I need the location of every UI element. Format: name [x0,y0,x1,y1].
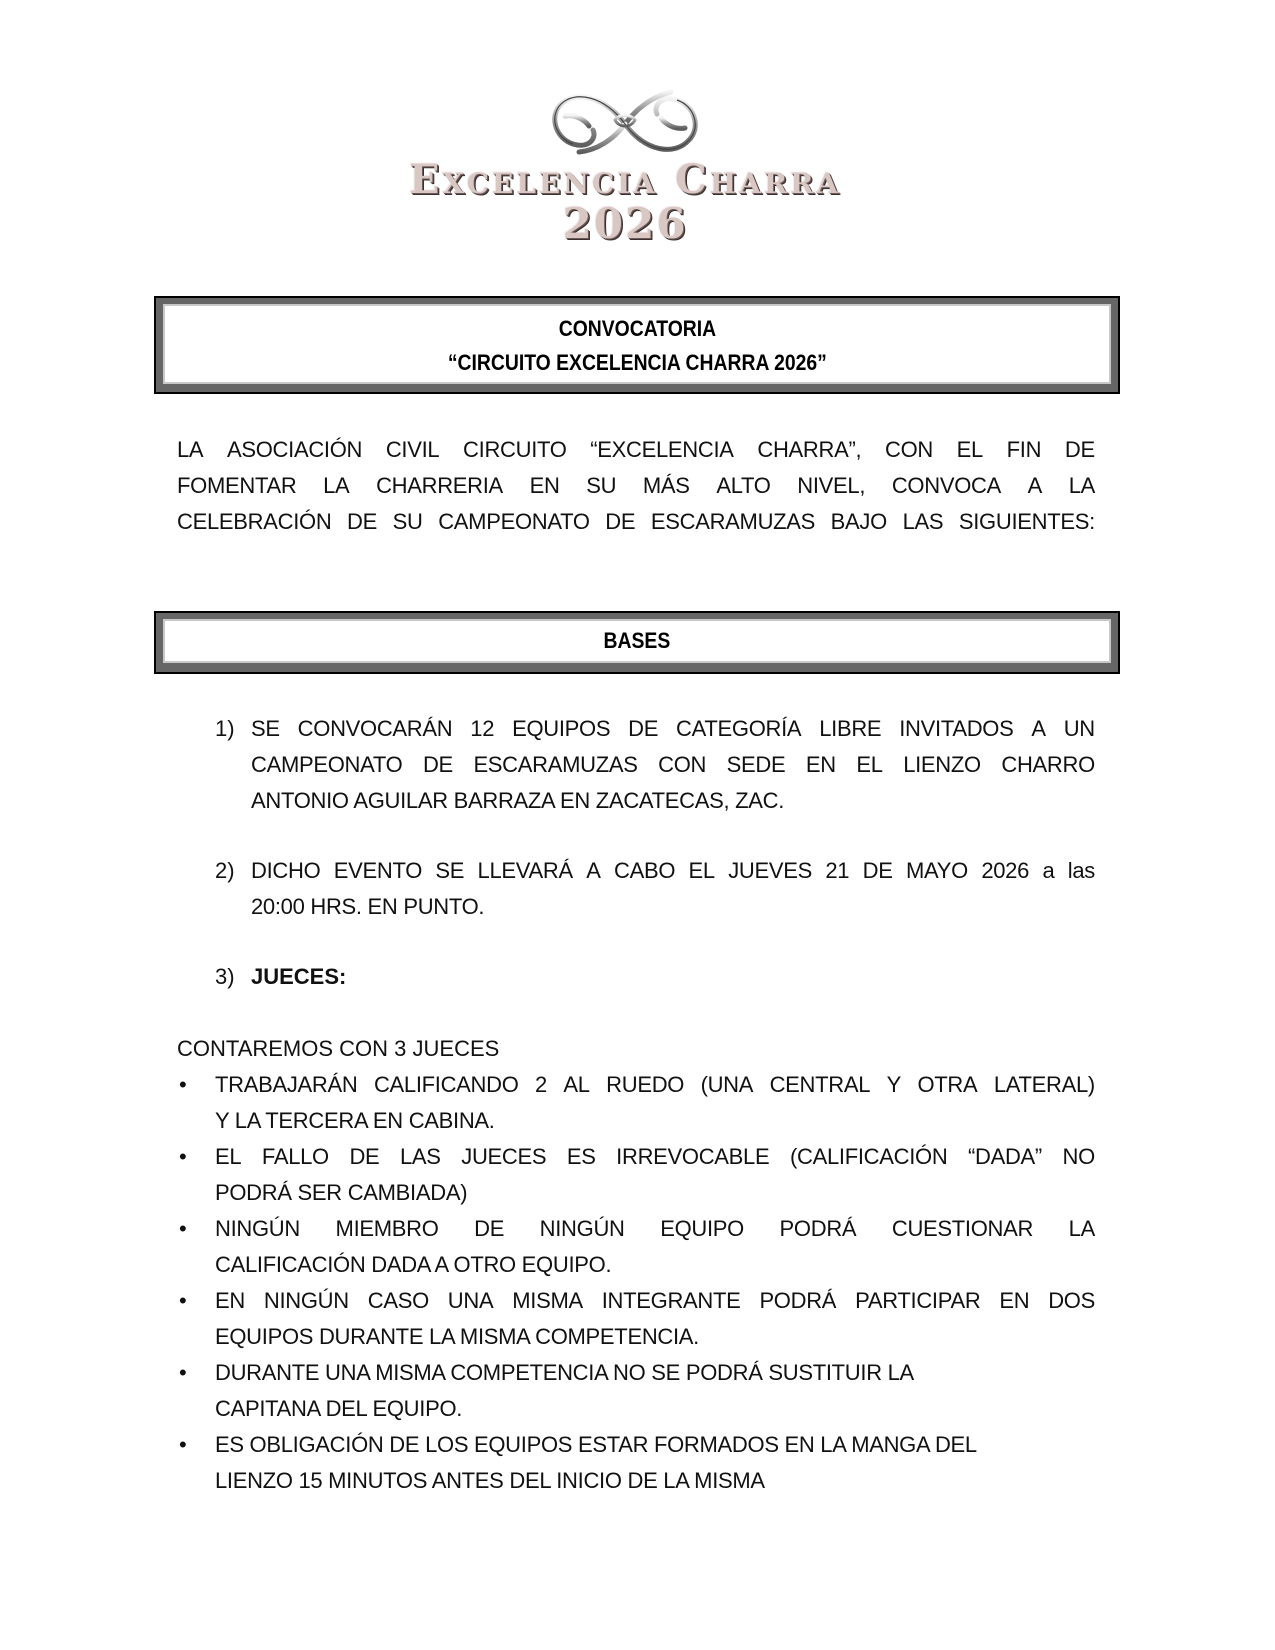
rule-text: ELFALLODELASJUECESESIRREVOCABLE(CALIFICA… [215,1139,1095,1211]
word: IRREVOCABLE [616,1139,769,1175]
word: EQUIPOS [512,711,610,747]
word: EVENTO [334,853,422,889]
word: EL [856,747,882,783]
word: PARTICIPAR [855,1283,980,1319]
rule-text: TRABAJARÁNCALIFICANDO2ALRUEDO(UNACENTRAL… [215,1067,1095,1139]
text-line: PODRÁ SER CAMBIADA) [215,1175,1095,1211]
word: las [1068,853,1095,889]
word: CONVOCA [892,468,1001,504]
word: ESCARAMUZAS [651,504,815,540]
word: INTEGRANTE [602,1283,741,1319]
word: FIN [1007,432,1042,468]
text-line: DICHOEVENTOSELLEVARÁACABOELJUEVES21DEMAY… [251,853,1095,889]
word: ASOCIACIÓN [227,432,362,468]
word: CIVIL [386,432,440,468]
word: MAYO [906,853,968,889]
bullet-icon: • [179,1283,209,1319]
word: “DADA” [968,1139,1042,1175]
ornamental-infinity-emblem-icon [545,86,705,158]
bullet-icon: • [179,1139,209,1175]
word: LLEVARÁ [478,853,573,889]
word: DE [349,1139,379,1175]
word: FOMENTAR [177,468,296,504]
item-number: 3) [215,959,251,995]
word: AL [563,1067,589,1103]
word: SIGUIENTES: [959,504,1095,540]
convocatoria-heading: CONVOCATORIA [558,312,715,346]
word: LAS [903,504,944,540]
word: PODRÁ [759,1283,836,1319]
word: CIRCUITO [463,432,567,468]
word: DE [628,711,658,747]
document-page: Excelencia Charra 2026 CONVOCATORIA “CIR… [0,0,1275,1650]
rule-text: NINGÚNMIEMBRODENINGÚNEQUIPOPODRÁCUESTION… [215,1211,1095,1283]
word: CASO [368,1283,429,1319]
word: DE [1065,432,1095,468]
word: CALIFICANDO [374,1067,519,1103]
word: 21 [825,853,849,889]
word: 12 [470,711,494,747]
item-text: DICHOEVENTOSELLEVARÁACABOELJUEVES21DEMAY… [251,853,1095,925]
bullet-icon: • [179,1211,209,1247]
word: LA [1069,1211,1095,1247]
text-line: CELEBRACIÓNDESUCAMPEONATODEESCARAMUZASBA… [177,504,1095,540]
word: CAMPEONATO [438,504,589,540]
excelencia-charra-logo: Excelencia Charra 2026 [330,86,920,246]
word: CATEGORÍA [676,711,801,747]
text-line: CAMPEONATODEESCARAMUZASCONSEDEENELLIENZO… [251,747,1095,783]
item-text: SECONVOCARÁN12EQUIPOSDECATEGORÍALIBREINV… [251,711,1095,819]
word: ESCARAMUZAS [473,747,637,783]
word: NINGÚN [215,1211,300,1247]
word: EN [530,468,560,504]
word: INVITADOS [899,711,1013,747]
bases-header-box: BASES [154,611,1120,674]
word: DE [474,1211,504,1247]
word: MIEMBRO [336,1211,439,1247]
text-line: NINGÚNMIEMBRODENINGÚNEQUIPOPODRÁCUESTION… [215,1211,1095,1247]
text-line: Y LA TERCERA EN CABINA. [215,1103,1095,1139]
text-line: FOMENTARLACHARRERIAENSUMÁSALTONIVEL,CONV… [177,468,1095,504]
word: EN [215,1283,245,1319]
word: CONVOCARÁN [298,711,453,747]
word: DE [863,853,893,889]
word: JUECES [461,1139,546,1175]
word: SEDE [727,747,786,783]
text-line: TRABAJARÁNCALIFICANDO2ALRUEDO(UNACENTRAL… [215,1067,1095,1103]
bullet-icon: • [179,1427,209,1463]
logo-year: 2026 [330,202,920,246]
word: EN [806,747,836,783]
text-line: ELFALLODELASJUECESESIRREVOCABLE(CALIFICA… [215,1139,1095,1175]
word: (CALIFICACIÓN [790,1139,947,1175]
text-line: ES OBLIGACIÓN DE LOS EQUIPOS ESTAR FORMA… [215,1427,1095,1463]
bullet-icon: • [179,1067,209,1103]
word: EL [689,853,715,889]
word: ALTO [716,468,770,504]
word: A [586,853,600,889]
intro-paragraph: LAASOCIACIÓNCIVILCIRCUITO“EXCELENCIACHAR… [177,432,1095,540]
word: LAS [400,1139,441,1175]
word: CHARRERIA [376,468,503,504]
text-line: DURANTE UNA MISMA COMPETENCIA NO SE PODR… [215,1355,1095,1391]
word: CHARRA”, [757,432,861,468]
word: SU [393,504,423,540]
word: EQUIPO [660,1211,744,1247]
word: a [1042,853,1054,889]
text-line: CALIFICACIÓN DADA A OTRO EQUIPO. [215,1247,1095,1283]
word: DE [347,504,377,540]
word: A [1031,711,1045,747]
item-number: 2) [215,853,251,889]
word: LA [1069,468,1095,504]
word: A [1028,468,1042,504]
word: CENTRAL [770,1067,871,1103]
rule-text: ES OBLIGACIÓN DE LOS EQUIPOS ESTAR FORMA… [215,1427,1095,1499]
word: 2026 [981,853,1029,889]
word: CON [885,432,933,468]
logo-title: Excelencia Charra [330,158,920,202]
word: CAMPEONATO [251,747,402,783]
word: SU [586,468,616,504]
word: NIVEL, [797,468,865,504]
word: LA [323,468,349,504]
word: RUEDO [606,1067,684,1103]
text-line: 20:00 HRS. EN PUNTO. [251,889,1095,925]
text-line: CAPITANA DEL EQUIPO. [215,1391,1095,1427]
word: TRABAJARÁN [215,1067,357,1103]
bases-heading: BASES [604,621,671,661]
word: LA [177,432,203,468]
word: LIENZO [903,747,981,783]
text-line: LIENZO 15 MINUTOS ANTES DEL INICIO DE LA… [215,1463,1095,1499]
word: CELEBRACIÓN [177,504,331,540]
text-line: ANTONIO AGUILAR BARRAZA EN ZACATECAS, ZA… [251,783,1095,819]
text-line: ENNINGÚNCASOUNAMISMAINTEGRANTEPODRÁPARTI… [215,1283,1095,1319]
word: MÁS [643,468,690,504]
word: SE [435,853,464,889]
word: DICHO [251,853,320,889]
word: UNA [448,1283,494,1319]
text-line: SECONVOCARÁN12EQUIPOSDECATEGORÍALIBREINV… [251,711,1095,747]
item-number: 1) [215,711,251,747]
word: CABO [614,853,675,889]
word: DOS [1048,1283,1095,1319]
word: PODRÁ [780,1211,857,1247]
text-line: LAASOCIACIÓNCIVILCIRCUITO“EXCELENCIACHAR… [177,432,1095,468]
word: CUESTIONAR [892,1211,1033,1247]
word: BAJO [831,504,887,540]
word: EL [215,1139,241,1175]
word: UN [1064,711,1095,747]
word: (UNA [701,1067,754,1103]
judges-heading: JUECES: [251,964,346,989]
convocatoria-header-box: CONVOCATORIA “CIRCUITO EXCELENCIA CHARRA… [154,296,1120,394]
word: CON [658,747,706,783]
word: SE [251,711,280,747]
word: DE [605,504,635,540]
bullet-icon: • [179,1355,209,1391]
word: “EXCELENCIA [590,432,733,468]
word: EN [999,1283,1029,1319]
text-line: EQUIPOS DURANTE LA MISMA COMPETENCIA. [215,1319,1095,1355]
rule-text: ENNINGÚNCASOUNAMISMAINTEGRANTEPODRÁPARTI… [215,1283,1095,1355]
judges-intro: CONTAREMOS CON 3 JUECES [177,1031,499,1067]
word: 2 [535,1067,547,1103]
word: DE [423,747,453,783]
word: Y [887,1067,901,1103]
word: FALLO [262,1139,329,1175]
word: NINGÚN [264,1283,349,1319]
word: LIBRE [819,711,881,747]
word: EL [957,432,983,468]
word: LATERAL) [994,1067,1095,1103]
word: ES [567,1139,596,1175]
word: NO [1063,1139,1095,1175]
word: JUEVES [728,853,812,889]
word: MISMA [512,1283,583,1319]
word: CHARRO [1001,747,1095,783]
circuit-title: “CIRCUITO EXCELENCIA CHARRA 2026” [447,346,826,380]
rule-text: DURANTE UNA MISMA COMPETENCIA NO SE PODR… [215,1355,1095,1427]
word: OTRA [917,1067,977,1103]
word: NINGÚN [540,1211,625,1247]
